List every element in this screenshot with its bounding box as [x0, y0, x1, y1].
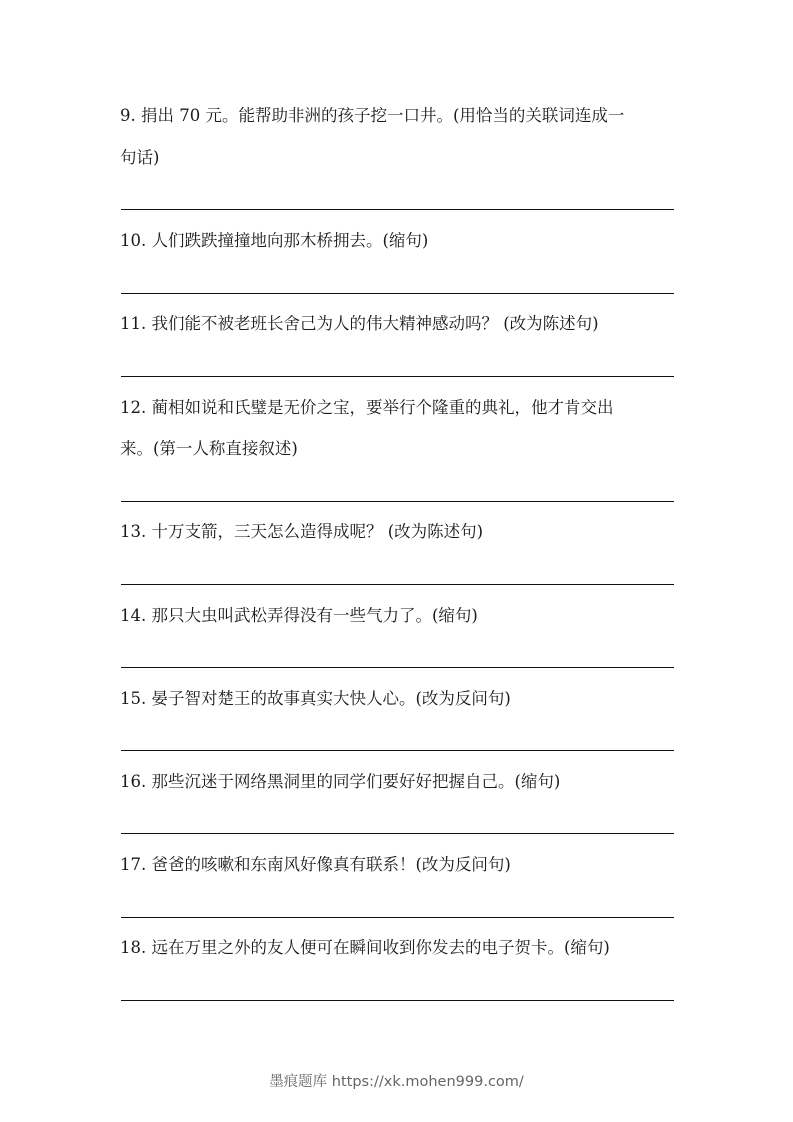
footer-watermark: 墨痕题库 https://xk.mohen999.com/ — [0, 1070, 793, 1091]
question-text: 14. 那只大虫叫武松弄得没有一些气力了。(缩句) — [120, 606, 676, 626]
question-text: 9. 捐出 70 元。能帮助非洲的孩子挖一口井。(用恰当的关联词连成一 — [120, 106, 676, 126]
answer-line[interactable] — [121, 1000, 674, 1001]
answer-line[interactable] — [121, 584, 674, 585]
question-text: 13. 十万支箭，三天怎么造得成呢？ (改为陈述句) — [120, 522, 676, 542]
question-text: 17. 爸爸的咳嗽和东南风好像真有联系！(改为反问句) — [120, 855, 676, 875]
answer-line[interactable] — [121, 376, 674, 377]
answer-line[interactable] — [121, 667, 674, 668]
answer-line[interactable] — [121, 209, 674, 210]
question-text: 句话) — [120, 148, 676, 168]
answer-line[interactable] — [121, 293, 674, 294]
answer-line[interactable] — [121, 833, 674, 834]
answer-line[interactable] — [121, 917, 674, 918]
question-text: 16. 那些沉迷于网络黑洞里的同学们要好好把握自己。(缩句) — [120, 772, 676, 792]
answer-line[interactable] — [121, 501, 674, 502]
question-text: 来。(第一人称直接叙述) — [120, 439, 676, 459]
question-text: 12. 蔺相如说和氏璧是无价之宝，要举行个隆重的典礼，他才肯交出 — [120, 398, 676, 418]
question-text: 18. 远在万里之外的友人便可在瞬间收到你发去的电子贺卡。(缩句) — [120, 938, 676, 958]
question-text: 10. 人们跌跌撞撞地向那木桥拥去。(缩句) — [120, 231, 676, 251]
question-text: 11. 我们能不被老班长舍己为人的伟大精神感动吗？ (改为陈述句) — [120, 314, 676, 334]
question-text: 15. 晏子智对楚王的故事真实大快人心。(改为反问句) — [120, 689, 676, 709]
answer-line[interactable] — [121, 750, 674, 751]
